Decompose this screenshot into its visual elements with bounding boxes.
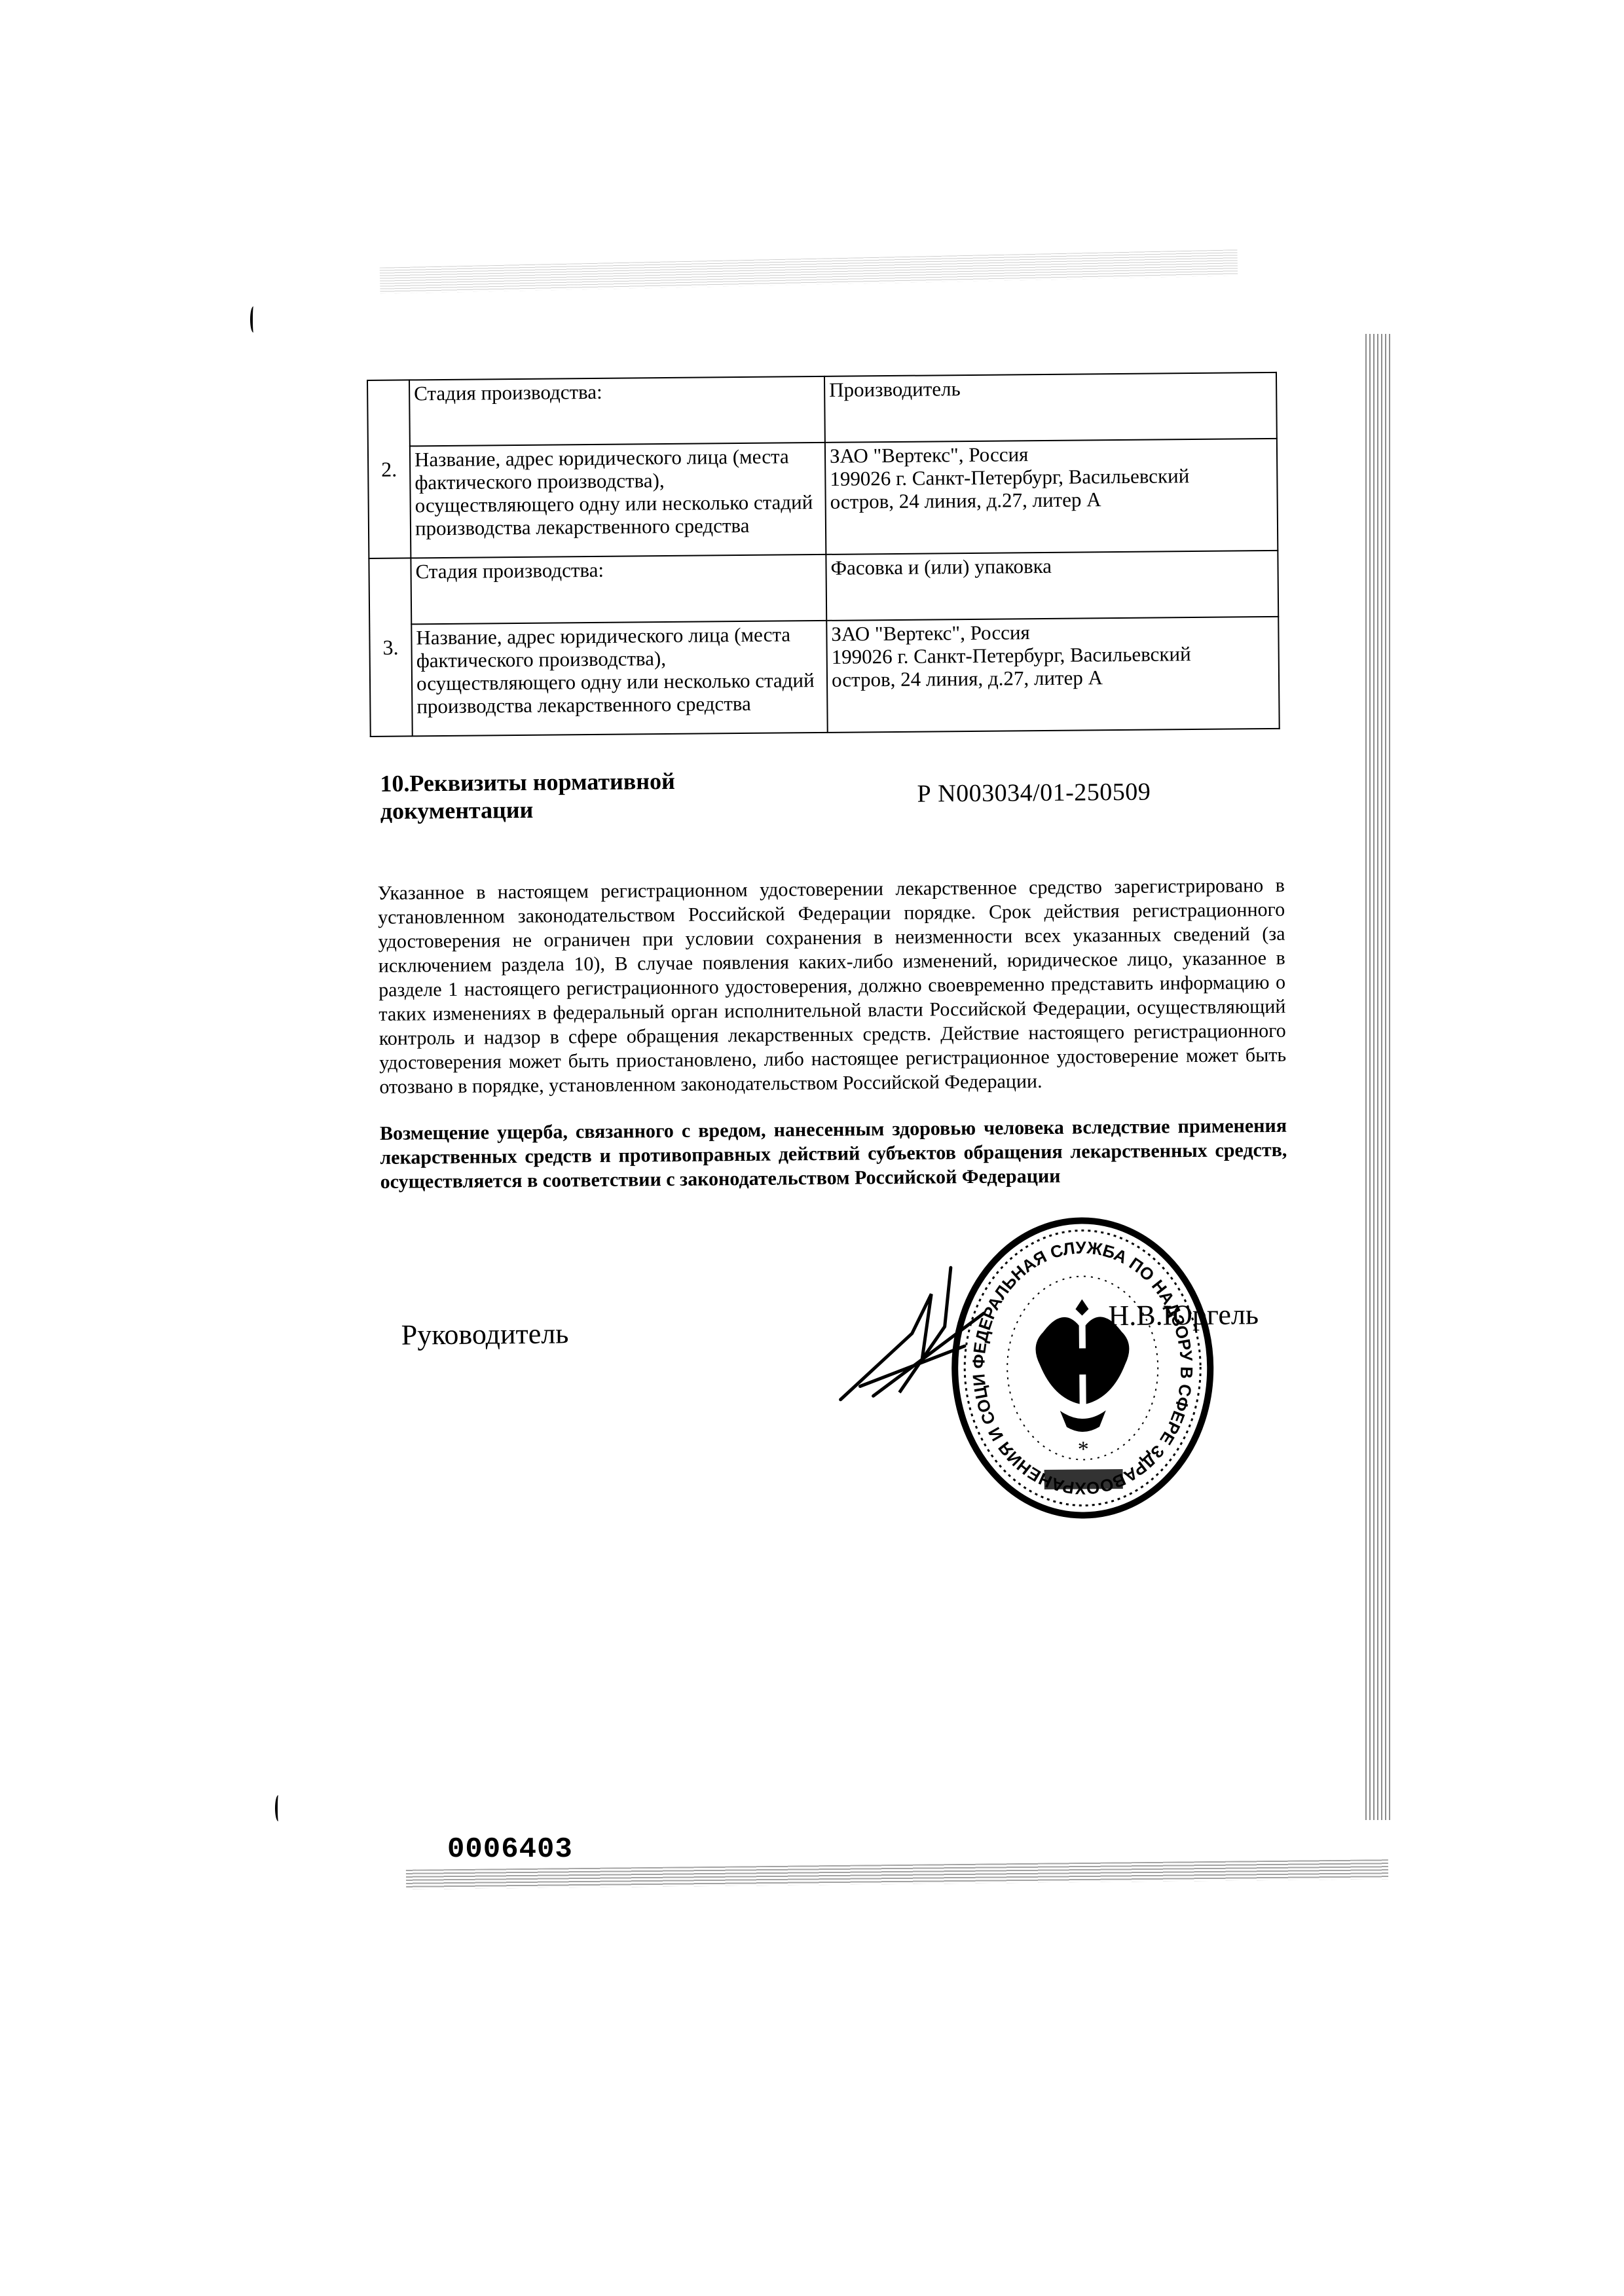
entity-label-line: осуществляющего одну или несколько стади… — [415, 490, 821, 517]
entity-value-line: ЗАО "Вертекс", Россия — [830, 441, 1272, 467]
entity-row: Название, адрес юридического лица (места… — [369, 617, 1279, 737]
stage-row: 2.Стадия производства:Производитель — [367, 373, 1277, 446]
entity-row: Название, адрес юридического лица (места… — [368, 439, 1278, 558]
entity-label: Название, адрес юридического лица (места… — [411, 621, 827, 737]
stage-label: Стадия производства: — [409, 376, 825, 446]
entity-label: Название, адрес юридического лица (места… — [410, 443, 826, 558]
production-stages-table: 2.Стадия производства:ПроизводительНазва… — [367, 372, 1280, 737]
row-number: 3. — [369, 558, 412, 737]
entity-value-line: остров, 24 линия, д.27, литер А — [830, 486, 1273, 513]
punch-mark — [250, 306, 257, 333]
scan-artifact-top — [380, 249, 1238, 293]
row-number: 2. — [367, 380, 411, 558]
entity-label-line: Название, адрес юридического лица (места — [415, 445, 821, 471]
entity-label-line: фактического производства), — [415, 467, 821, 494]
stage-value: Фасовка и (или) упаковка — [826, 551, 1278, 621]
entity-label-line: фактического производства), — [416, 646, 822, 672]
liability-paragraph: Возмещение ущерба, связанного с вредом, … — [373, 1114, 1287, 1194]
section-10: 10.Реквизиты нормативной документации Р … — [370, 762, 1287, 842]
entity-value-line: ЗАО "Вертекс", Россия — [831, 619, 1274, 646]
svg-text:*: * — [1078, 1437, 1089, 1461]
stage-row: 3.Стадия производства:Фасовка и (или) уп… — [369, 551, 1278, 625]
signature-block: Руководитель ФЕДЕРАЛЬНАЯ СЛУЖБА ПО НАДЗО… — [374, 1212, 1293, 1469]
scan-artifact-right — [1365, 334, 1392, 1820]
normative-doc-number: Р N003034/01-250509 — [917, 778, 1151, 809]
section-10-title: 10.Реквизиты нормативной документации — [380, 767, 734, 825]
stage-value: Производитель — [824, 373, 1277, 443]
serial-number: 0006403 — [447, 1833, 573, 1866]
entity-value-line: остров, 24 линия, д.27, литер А — [832, 665, 1274, 691]
document-page: 2.Стадия производства:ПроизводительНазва… — [367, 372, 1293, 1469]
stage-label: Стадия производства: — [411, 555, 826, 625]
official-seal-icon: ФЕДЕРАЛЬНАЯ СЛУЖБА ПО НАДЗОРУ В СФЕРЕ ЗД… — [944, 1213, 1221, 1523]
punch-mark — [275, 1795, 282, 1821]
entity-value-line: 199026 г. Санкт-Петербург, Васильевский — [832, 642, 1274, 668]
signer-name: Н.В.Юргель — [1108, 1298, 1259, 1332]
entity-value: ЗАО "Вертекс", Россия199026 г. Санкт-Пет… — [826, 617, 1279, 733]
entity-value-line: 199026 г. Санкт-Петербург, Васильевский — [830, 464, 1272, 490]
validity-paragraph: Указанное в настоящем регистрационном уд… — [371, 873, 1287, 1099]
signer-role: Руководитель — [401, 1317, 569, 1351]
entity-label-line: производства лекарственного средства — [416, 691, 822, 718]
entity-label-line: Название, адрес юридического лица (места — [416, 623, 822, 649]
entity-label-line: производства лекарственного средства — [415, 513, 821, 539]
entity-value: ЗАО "Вертекс", Россия199026 г. Санкт-Пет… — [825, 439, 1278, 555]
entity-label-line: осуществляющего одну или несколько стади… — [416, 668, 822, 695]
